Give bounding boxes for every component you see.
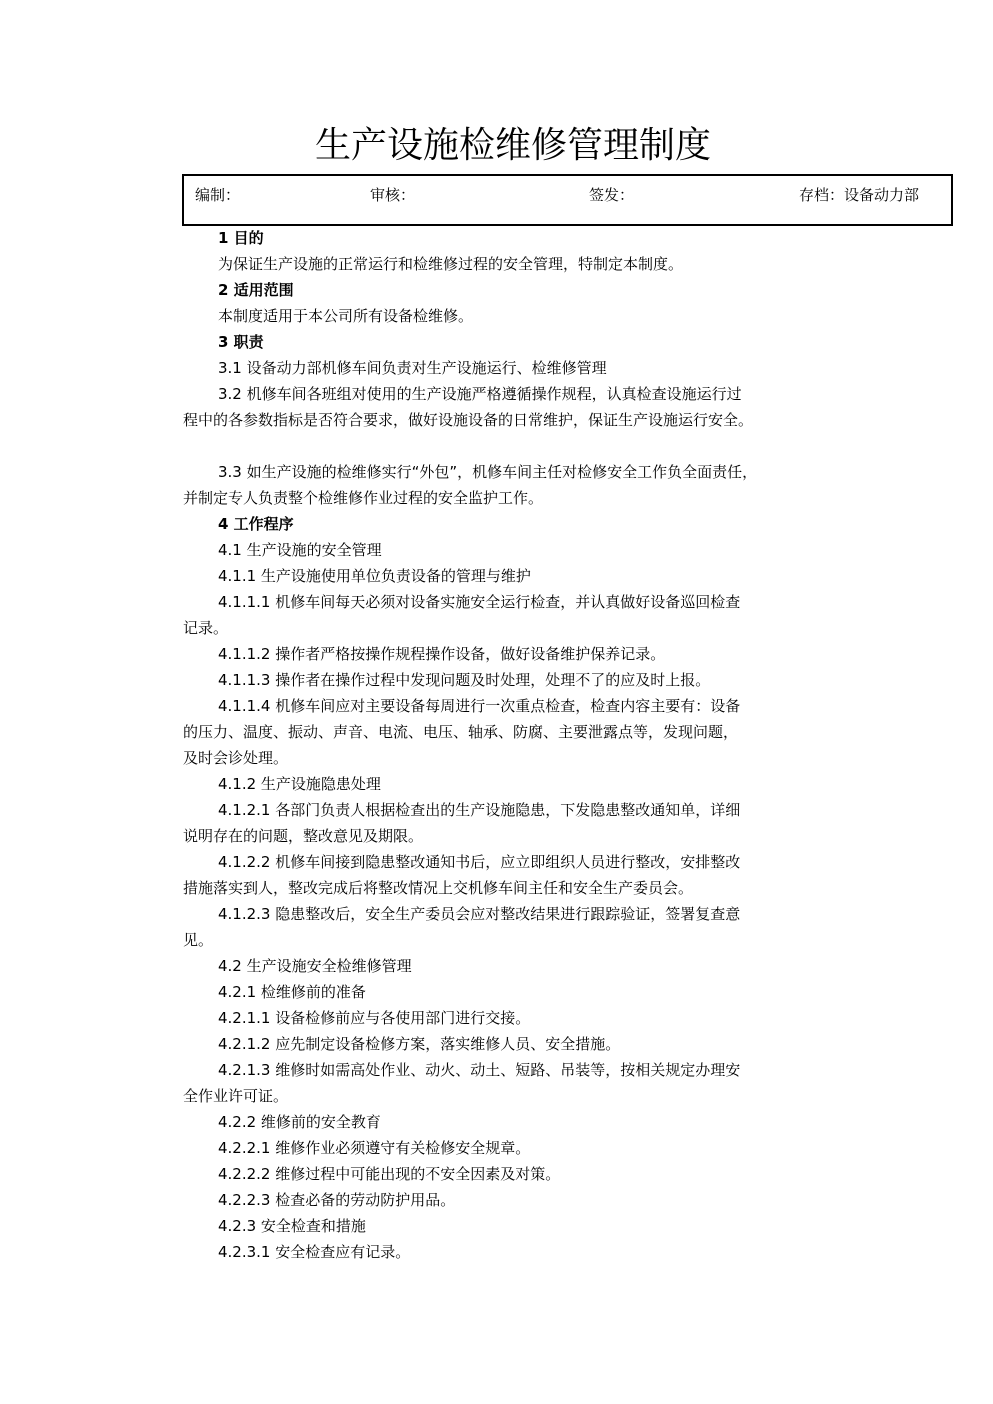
paragraph-line: 4.2.1.3 维修时如需高处作业、动火、动土、短路、吊装等，按相关规定办理安 — [183, 1057, 853, 1083]
paragraph-line: 4.1.1.1 机修车间每天必须对设备实施安全运行检查，并认真做好设备巡回检查 — [183, 589, 853, 615]
paragraph-line: 4.1.2.1 各部门负责人根据检查出的生产设施隐患，下发隐患整改通知单，详细 — [183, 797, 853, 823]
paragraph-line: 及时会诊处理。 — [183, 745, 853, 771]
paragraph-line: 4.2.3 安全检查和措施 — [183, 1213, 853, 1239]
paragraph-line: 3.3 如生产设施的检维修实行“外包”，机修车间主任对检修安全工作负全面责任， — [183, 459, 853, 485]
paragraph-line: 3.1 设备动力部机修车间负责对生产设施运行、检维修管理 — [183, 355, 853, 381]
section-heading: 4 工作程序 — [183, 511, 853, 537]
section-heading: 1 目的 — [183, 225, 853, 251]
paragraph-line: 4.2.3.1 安全检查应有记录。 — [183, 1239, 853, 1265]
paragraph-line: 4.2.1 检维修前的准备 — [183, 979, 853, 1005]
paragraph-line: 措施落实到人，整改完成后将整改情况上交机修车间主任和安全生产委员会。 — [183, 875, 853, 901]
paragraph-line: 4.2.2.3 检查必备的劳动防护用品。 — [183, 1187, 853, 1213]
document-body: 1 目的为保证生产设施的正常运行和检维修过程的安全管理，特制定本制度。2 适用范… — [183, 225, 853, 1265]
approval-info-box: 编制： 审核： 签发： 存档：设备动力部 — [182, 174, 953, 226]
paragraph-line: 见。 — [183, 927, 853, 953]
paragraph-line: 全作业许可证。 — [183, 1083, 853, 1109]
paragraph-line: 4.1.1.2 操作者严格按操作规程操作设备，做好设备维护保养记录。 — [183, 641, 853, 667]
section-heading: 2 适用范围 — [183, 277, 853, 303]
archive-label: 存档：设备动力部 — [799, 185, 919, 205]
paragraph-line: 程中的各参数指标是否符合要求，做好设施设备的日常维护，保证生产设施运行安全。 — [183, 407, 853, 433]
paragraph-line: 4.1.2.2 机修车间接到隐患整改通知书后，应立即组织人员进行整改，安排整改 — [183, 849, 853, 875]
paragraph-line: 4.1 生产设施的安全管理 — [183, 537, 853, 563]
paragraph-line: 4.1.1.4 机修车间应对主要设备每周进行一次重点检查，检查内容主要有：设备 — [183, 693, 853, 719]
paragraph-line: 4.1.1 生产设施使用单位负责设备的管理与维护 — [183, 563, 853, 589]
section-heading: 3 职责 — [183, 329, 853, 355]
paragraph-line: 为保证生产设施的正常运行和检维修过程的安全管理，特制定本制度。 — [183, 251, 853, 277]
paragraph-line: 3.2 机修车间各班组对使用的生产设施严格遵循操作规程，认真检查设施运行过 — [183, 381, 853, 407]
paragraph-line: 4.1.2 生产设施隐患处理 — [183, 771, 853, 797]
paragraph-line: 本制度适用于本公司所有设备检维修。 — [183, 303, 853, 329]
paragraph-line: 4.2.1.2 应先制定设备检修方案，落实维修人员、安全措施。 — [183, 1031, 853, 1057]
blank-line — [183, 433, 853, 459]
compiled-by-label: 编制： — [195, 185, 240, 205]
paragraph-line: 说明存在的问题，整改意见及期限。 — [183, 823, 853, 849]
paragraph-line: 4.2.1.1 设备检修前应与各使用部门进行交接。 — [183, 1005, 853, 1031]
issued-by-label: 签发： — [589, 185, 634, 205]
paragraph-line: 4.2 生产设施安全检维修管理 — [183, 953, 853, 979]
paragraph-line: 4.2.2.1 维修作业必须遵守有关检修安全规章。 — [183, 1135, 853, 1161]
paragraph-line: 4.1.1.3 操作者在操作过程中发现问题及时处理，处理不了的应及时上报。 — [183, 667, 853, 693]
reviewed-by-label: 审核： — [370, 185, 415, 205]
paragraph-line: 的压力、温度、振动、声音、电流、电压、轴承、防腐、主要泄露点等，发现问题， — [183, 719, 853, 745]
paragraph-line: 4.1.2.3 隐患整改后，安全生产委员会应对整改结果进行跟踪验证，签署复查意 — [183, 901, 853, 927]
paragraph-line: 4.2.2 维修前的安全教育 — [183, 1109, 853, 1135]
paragraph-line: 记录。 — [183, 615, 853, 641]
paragraph-line: 并制定专人负责整个检维修作业过程的安全监护工作。 — [183, 485, 853, 511]
document-title: 生产设施检维修管理制度 — [0, 124, 993, 168]
paragraph-line: 4.2.2.2 维修过程中可能出现的不安全因素及对策。 — [183, 1161, 853, 1187]
